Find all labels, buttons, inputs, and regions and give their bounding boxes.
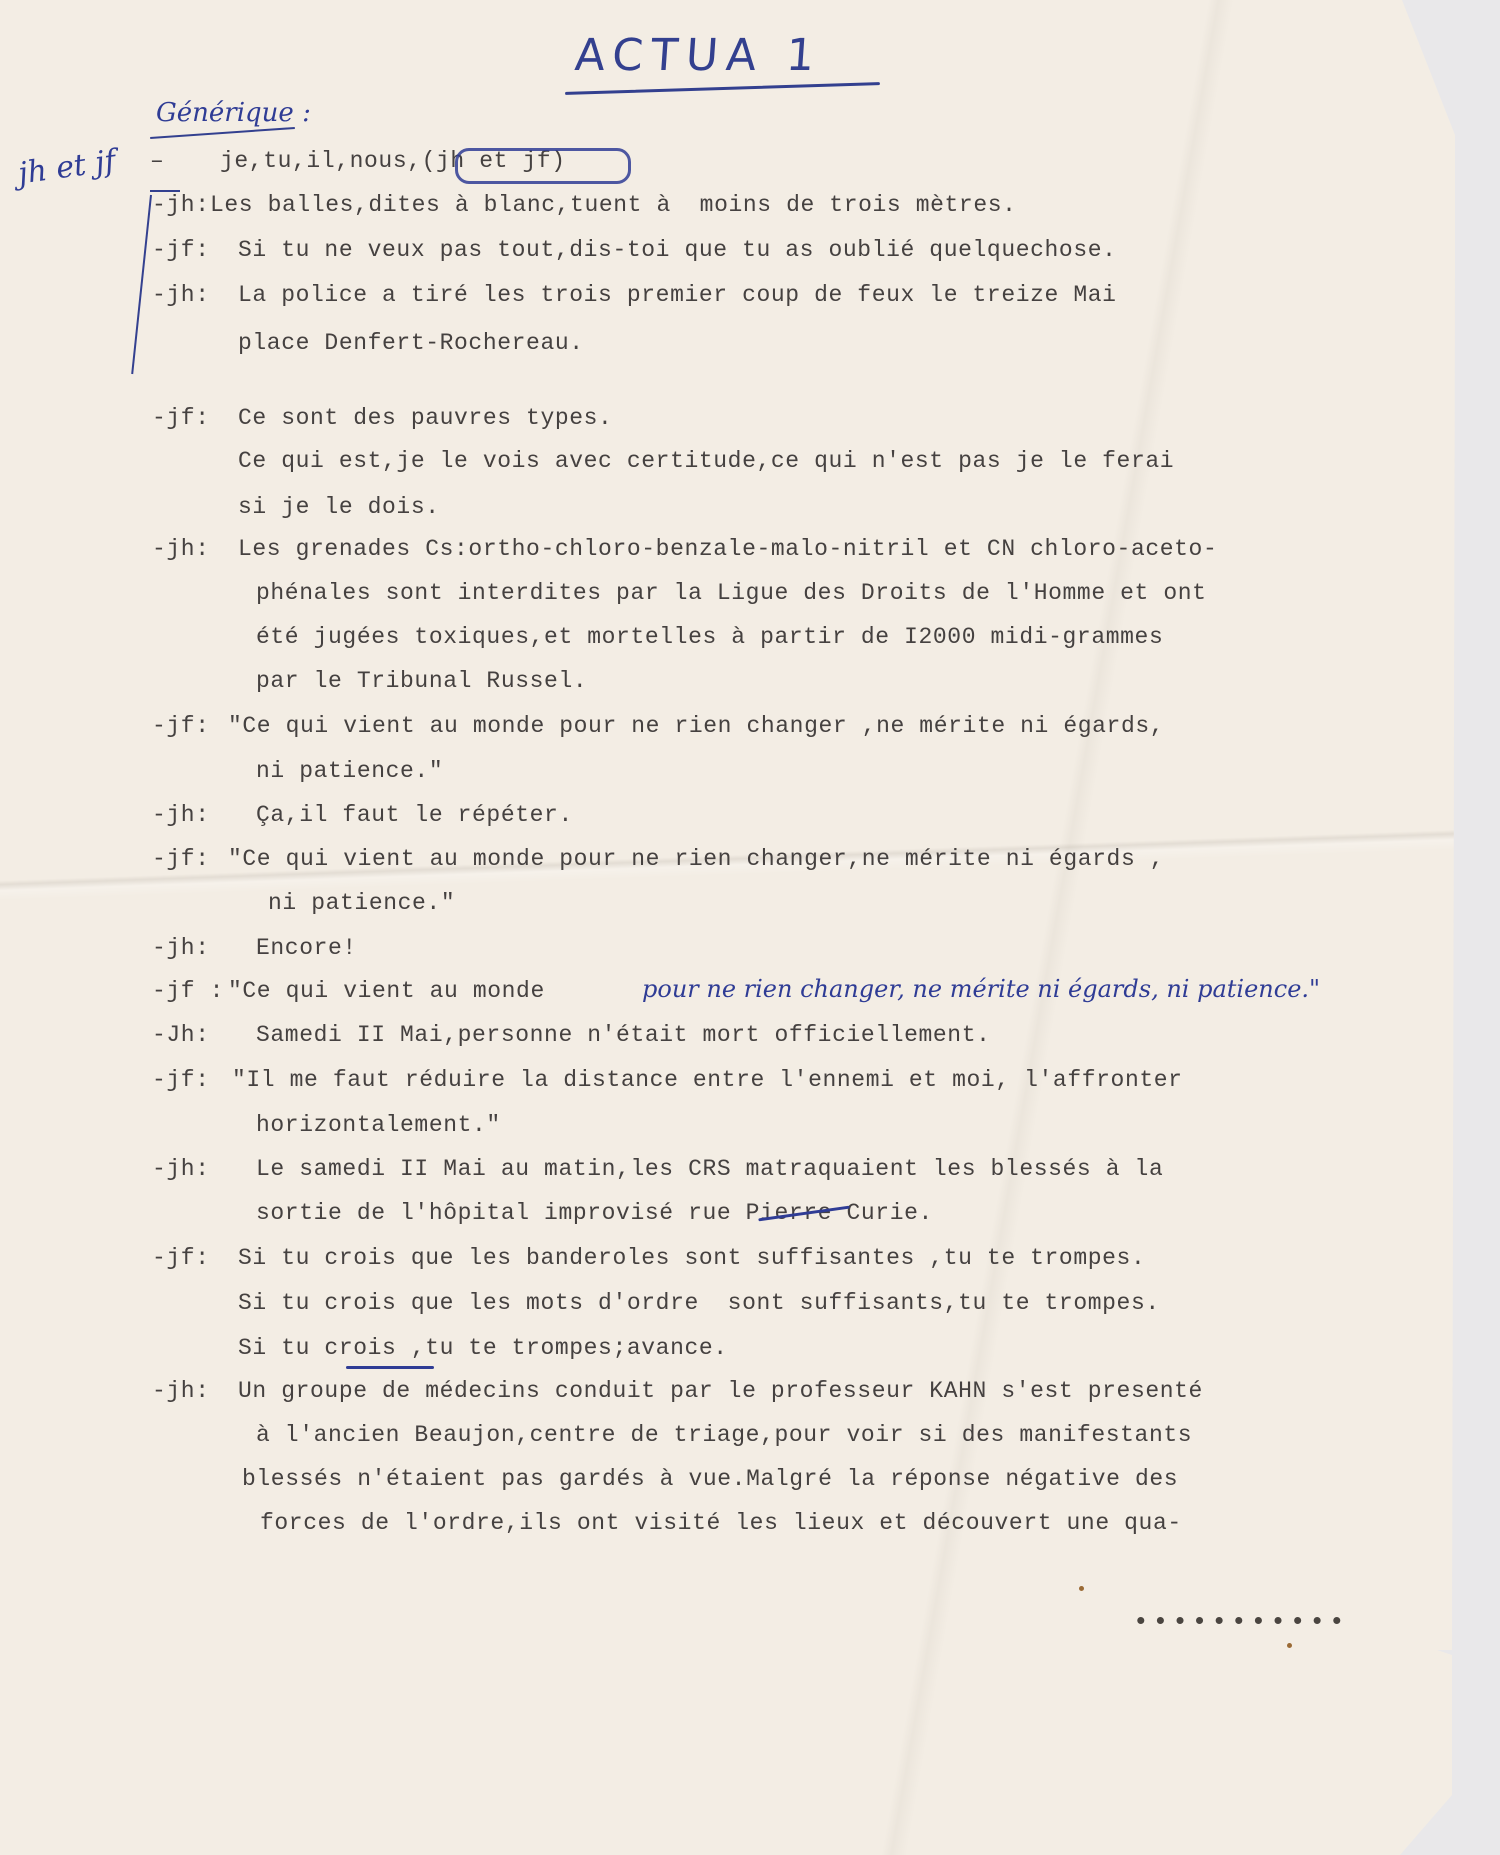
speaker-label: -jf: (152, 237, 210, 263)
speaker-label: -jf : (152, 978, 224, 1004)
speaker-label: -jf: (152, 1067, 210, 1093)
typed-line: Un groupe de médecins conduit par le pro… (238, 1378, 1203, 1404)
typed-line: Ce qui est,je le vois avec certitude,ce … (238, 448, 1174, 474)
margin-note: jh et jf (16, 143, 118, 191)
section-heading-generique: Générique : (156, 98, 311, 128)
typed-line: horizontalement." (256, 1112, 501, 1138)
handwritten-continuation: pour ne rien changer, ne mérite ni égard… (642, 975, 1320, 1003)
speaker-label: -jh: (152, 1156, 210, 1182)
typed-line: Si tu crois que les banderoles sont suff… (238, 1245, 1145, 1271)
speaker-label: -jh: (152, 282, 210, 308)
typed-line: La police a tiré les trois premier coup … (238, 282, 1117, 308)
typed-line: phénales sont interdites par la Ligue de… (256, 580, 1207, 606)
typed-line: Si tu ne veux pas tout,dis-toi que tu as… (238, 237, 1117, 263)
typed-line: sortie de l'hôpital improvisé rue Pierre… (256, 1200, 933, 1226)
ink-speck (1287, 1643, 1292, 1648)
typed-line: Le samedi II Mai au matin,les CRS matraq… (256, 1156, 1163, 1182)
typed-line: "Ce qui vient au monde pour ne rien chan… (228, 713, 1164, 739)
typed-line: "Ce qui vient au monde (228, 978, 545, 1004)
speaker-label: -jf: (152, 1245, 210, 1271)
typed-line: ni patience." (256, 758, 443, 784)
speaker-label: -jh: (152, 536, 210, 562)
speaker-label: – (150, 148, 164, 174)
typed-line: Les grenades Cs:ortho-chloro-benzale-mal… (238, 536, 1217, 562)
typed-line: forces de l'ordre,ils ont visité les lie… (260, 1510, 1182, 1536)
typed-line: "Ce qui vient au monde pour ne rien chan… (228, 846, 1164, 872)
continuation-dots: ••••••••••• (1133, 1607, 1349, 1637)
typed-line: à l'ancien Beaujon,centre de triage,pour… (256, 1422, 1192, 1448)
typed-line: Encore! (256, 935, 357, 961)
speaker-label: -jh: (152, 935, 210, 961)
typed-line: par le Tribunal Russel. (256, 668, 587, 694)
speaker-label: -jf: (152, 846, 210, 872)
typed-line: Ça,il faut le répéter. (256, 802, 573, 828)
typed-line: "Il me faut réduire la distance entre l'… (232, 1067, 1183, 1093)
ink-speck (1079, 1586, 1084, 1591)
crossed-out-scribble (455, 148, 631, 184)
heading-underline (150, 127, 295, 139)
bracket-mark-vertical (131, 195, 152, 374)
speaker-label: -jh: (152, 1378, 210, 1404)
typed-line: si je le dois. (238, 494, 440, 520)
typed-line: Ce sont des pauvres types. (238, 405, 612, 431)
speaker-label: -jf: (152, 405, 210, 431)
typed-paper-sheet: ACTUA 1 Générique : jh et jf – je,tu,il,… (0, 0, 1458, 1855)
typed-line: Les balles,dites à blanc,tuent à moins d… (210, 192, 1017, 218)
document-title: ACTUA 1 (573, 30, 824, 81)
typed-line: blessés n'étaient pas gardés à vue.Malgr… (242, 1466, 1178, 1492)
speaker-label: -Jh: (152, 1022, 210, 1048)
typed-line: ni patience." (268, 890, 455, 916)
title-underline (565, 82, 880, 95)
typed-line: Si tu crois ,tu te trompes;avance. (238, 1335, 728, 1361)
typed-line: Si tu crois que les mots d'ordre sont su… (238, 1290, 1160, 1316)
typed-line: place Denfert-Rochereau. (238, 330, 584, 356)
speaker-label: -jf: (152, 713, 210, 739)
speaker-label: -jh: (152, 802, 210, 828)
typed-line: Samedi II Mai,personne n'était mort offi… (256, 1022, 991, 1048)
underline-mark (346, 1366, 434, 1369)
typed-line: été jugées toxiques,et mortelles à parti… (256, 624, 1163, 650)
speaker-label: -jh: (152, 192, 210, 218)
